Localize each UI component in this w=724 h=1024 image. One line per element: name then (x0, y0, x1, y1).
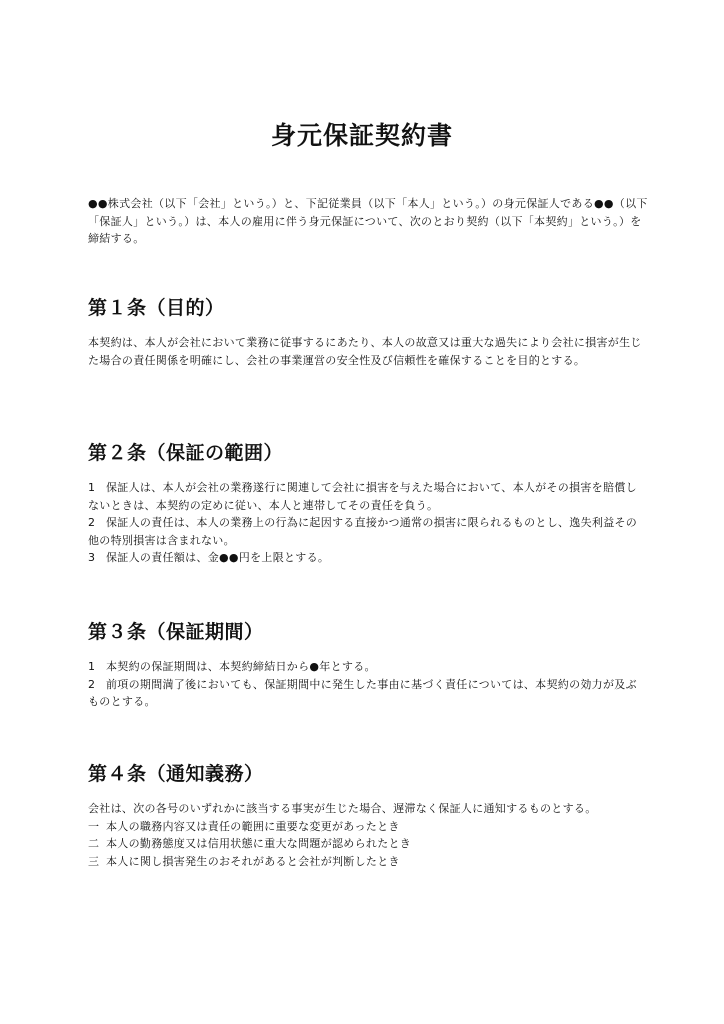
intro-paragraph: ●●株式会社（以下「会社」という。）と、下記従業員（以下「本人」という。）の身元… (88, 195, 648, 248)
document-page: 身元保証契約書 ●●株式会社（以下「会社」という。）と、下記従業員（以下「本人」… (0, 0, 724, 1024)
article-heading: 第２条（保証の範囲） (88, 441, 648, 465)
article-item: 3保証人の責任額は、金●●円を上限とする。 (88, 549, 648, 567)
article-item: 二本人の勤務態度又は信用状態に重大な問題が認められたとき (88, 835, 648, 853)
document-title: 身元保証契約書 (0, 116, 724, 152)
intro-text: ●●株式会社（以下「会社」という。）と、下記従業員（以下「本人」という。）の身元… (88, 195, 648, 248)
article-item: 一本人の職務内容又は責任の範囲に重要な変更があったとき (88, 818, 648, 836)
article-item: 1本契約の保証期間は、本契約締結日から●年とする。 (88, 658, 648, 676)
article-1: 第１条（目的） 本契約は、本人が会社において業務に従事するにあたり、本人の故意又… (88, 296, 648, 369)
article-lead: 会社は、次の各号のいずれかに該当する事実が生じた場合、遅滞なく保証人に通知するも… (88, 800, 648, 818)
article-heading: 第４条（通知義務） (88, 762, 648, 786)
article-2: 第２条（保証の範囲） 1保証人は、本人が会社の業務遂行に関連して会社に損害を与え… (88, 441, 648, 567)
article-3: 第３条（保証期間） 1本契約の保証期間は、本契約締結日から●年とする。 2前項の… (88, 620, 648, 711)
article-item: 三本人に関し損害発生のおそれがあると会社が判断したとき (88, 853, 648, 871)
article-item: 2前項の期間満了後においても、保証期間中に発生した事由に基づく責任については、本… (88, 676, 648, 711)
article-4: 第４条（通知義務） 会社は、次の各号のいずれかに該当する事実が生じた場合、遅滞な… (88, 762, 648, 870)
article-heading: 第３条（保証期間） (88, 620, 648, 644)
article-item: 1保証人は、本人が会社の業務遂行に関連して会社に損害を与えた場合において、本人が… (88, 479, 648, 514)
article-heading: 第１条（目的） (88, 296, 648, 320)
article-item: 2保証人の責任は、本人の業務上の行為に起因する直接かつ通常の損害に限られるものと… (88, 514, 648, 549)
article-body: 本契約は、本人が会社において業務に従事するにあたり、本人の故意又は重大な過失によ… (88, 334, 648, 369)
